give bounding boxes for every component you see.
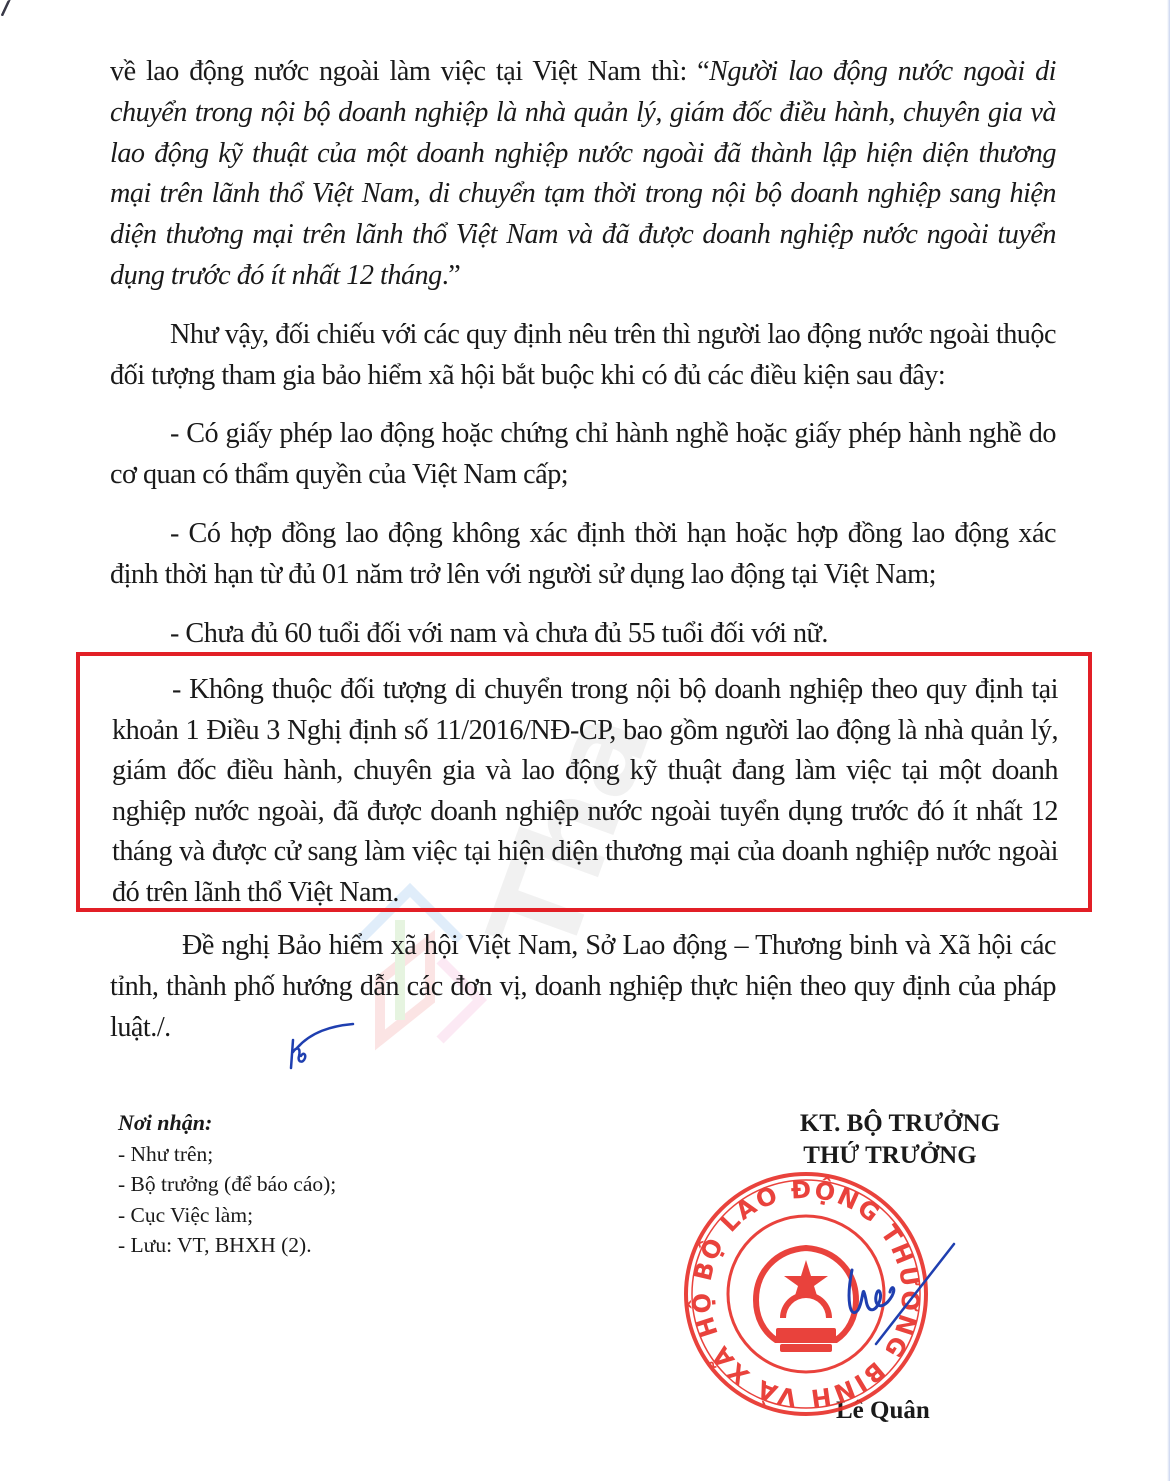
initials-signature-icon xyxy=(287,1022,357,1070)
scan-corner-mark xyxy=(0,0,16,16)
highlighted-condition: - Không thuộc đối tượng di chuyển trong … xyxy=(112,670,1058,914)
summary-paragraph: Như vậy, đối chiếu với các quy định nêu … xyxy=(110,315,1056,397)
handwritten-signature-icon xyxy=(836,1240,956,1350)
signer-title-line1: KT. BỘ TRƯỞNG xyxy=(760,1108,1040,1140)
condition-item: - Chưa đủ 60 tuổi đối với nam và chưa đủ… xyxy=(110,614,1056,655)
intro-paragraph: về lao động nước ngoài làm việc tại Việt… xyxy=(110,52,1056,297)
intro-quote: Người lao động nước ngoài di chuyển tron… xyxy=(110,56,1056,291)
condition-item: - Có giấy phép lao động hoặc chứng chỉ h… xyxy=(110,414,1056,496)
intro-quote-close: .” xyxy=(442,260,461,291)
closing-paragraph: Đề nghị Bảo hiểm xã hội Việt Nam, Sở Lao… xyxy=(110,926,1056,1048)
condition-item-highlighted: - Không thuộc đối tượng di chuyển trong … xyxy=(112,670,1058,914)
recipients-block: Nơi nhận: - Như trên; - Bộ trưởng (để bá… xyxy=(118,1108,458,1261)
document-body: về lao động nước ngoài làm việc tại Việt… xyxy=(110,52,1056,654)
intro-text: về lao động nước ngoài làm việc tại Việt… xyxy=(110,56,709,87)
recipients-title: Nơi nhận: xyxy=(118,1108,458,1139)
recipient-item: - Bộ trưởng (để báo cáo); xyxy=(118,1169,458,1200)
signer-title-line2: THỨ TRƯỞNG xyxy=(760,1140,1020,1172)
recipient-item: - Lưu: VT, BHXH (2). xyxy=(118,1230,458,1261)
recipient-item: - Cục Việc làm; xyxy=(118,1200,458,1231)
closing-section: Đề nghị Bảo hiểm xã hội Việt Nam, Sở Lao… xyxy=(110,926,1056,1048)
recipient-item: - Như trên; xyxy=(118,1139,458,1170)
condition-item: - Có hợp đồng lao động không xác định th… xyxy=(110,514,1056,596)
